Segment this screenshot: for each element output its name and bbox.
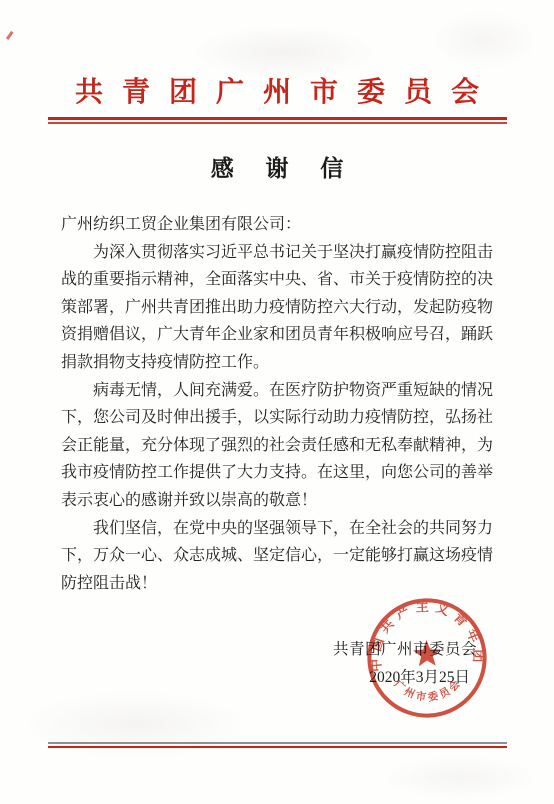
masthead-divider	[48, 117, 507, 124]
scan-smudge	[20, 690, 250, 760]
footer-gray-line	[48, 742, 507, 744]
letter-paragraph-2: 病毒无情，人间充满爱。在医疗防护物资严重短缺的情况下，您公司及时伸出援手，以实际…	[61, 377, 493, 515]
scan-red-mark	[6, 31, 13, 40]
masthead-org-name: 共青团广州市委员会	[0, 70, 554, 110]
scan-smudge	[430, 10, 540, 70]
letter-body: 广州纺织工贸企业集团有限公司： 为深入贯彻落实习近平总书记关于坚决打赢疫情防控阻…	[61, 211, 493, 597]
letter-page: 共青团广州市委员会 感 谢 信 广州纺织工贸企业集团有限公司： 为深入贯彻落实习…	[0, 0, 554, 804]
footer-red-line	[48, 746, 507, 749]
svg-text:广州市委员会: 广州市委员会	[391, 675, 465, 705]
divider-thick-line	[48, 117, 507, 120]
letter-paragraph-1: 为深入贯彻落实习近平总书记关于坚决打赢疫情防控阻击战的重要指示精神，全面落实中央…	[61, 239, 493, 377]
salutation: 广州纺织工贸企业集团有限公司：	[61, 211, 493, 239]
letter-paragraph-3: 我们坚信，在党中央的坚强领导下，在全社会的共同努力下，万众一心、众志成城、坚定信…	[61, 515, 493, 598]
letter-title: 感 谢 信	[0, 150, 554, 183]
star-icon	[413, 640, 441, 667]
official-seal: 中国共产主义青年团 广州市委员会	[362, 593, 492, 723]
seal-bottom-text: 广州市委员会	[391, 675, 465, 705]
footer-divider	[48, 742, 507, 748]
divider-thin-line	[48, 122, 507, 124]
scan-smudge	[380, 755, 540, 800]
